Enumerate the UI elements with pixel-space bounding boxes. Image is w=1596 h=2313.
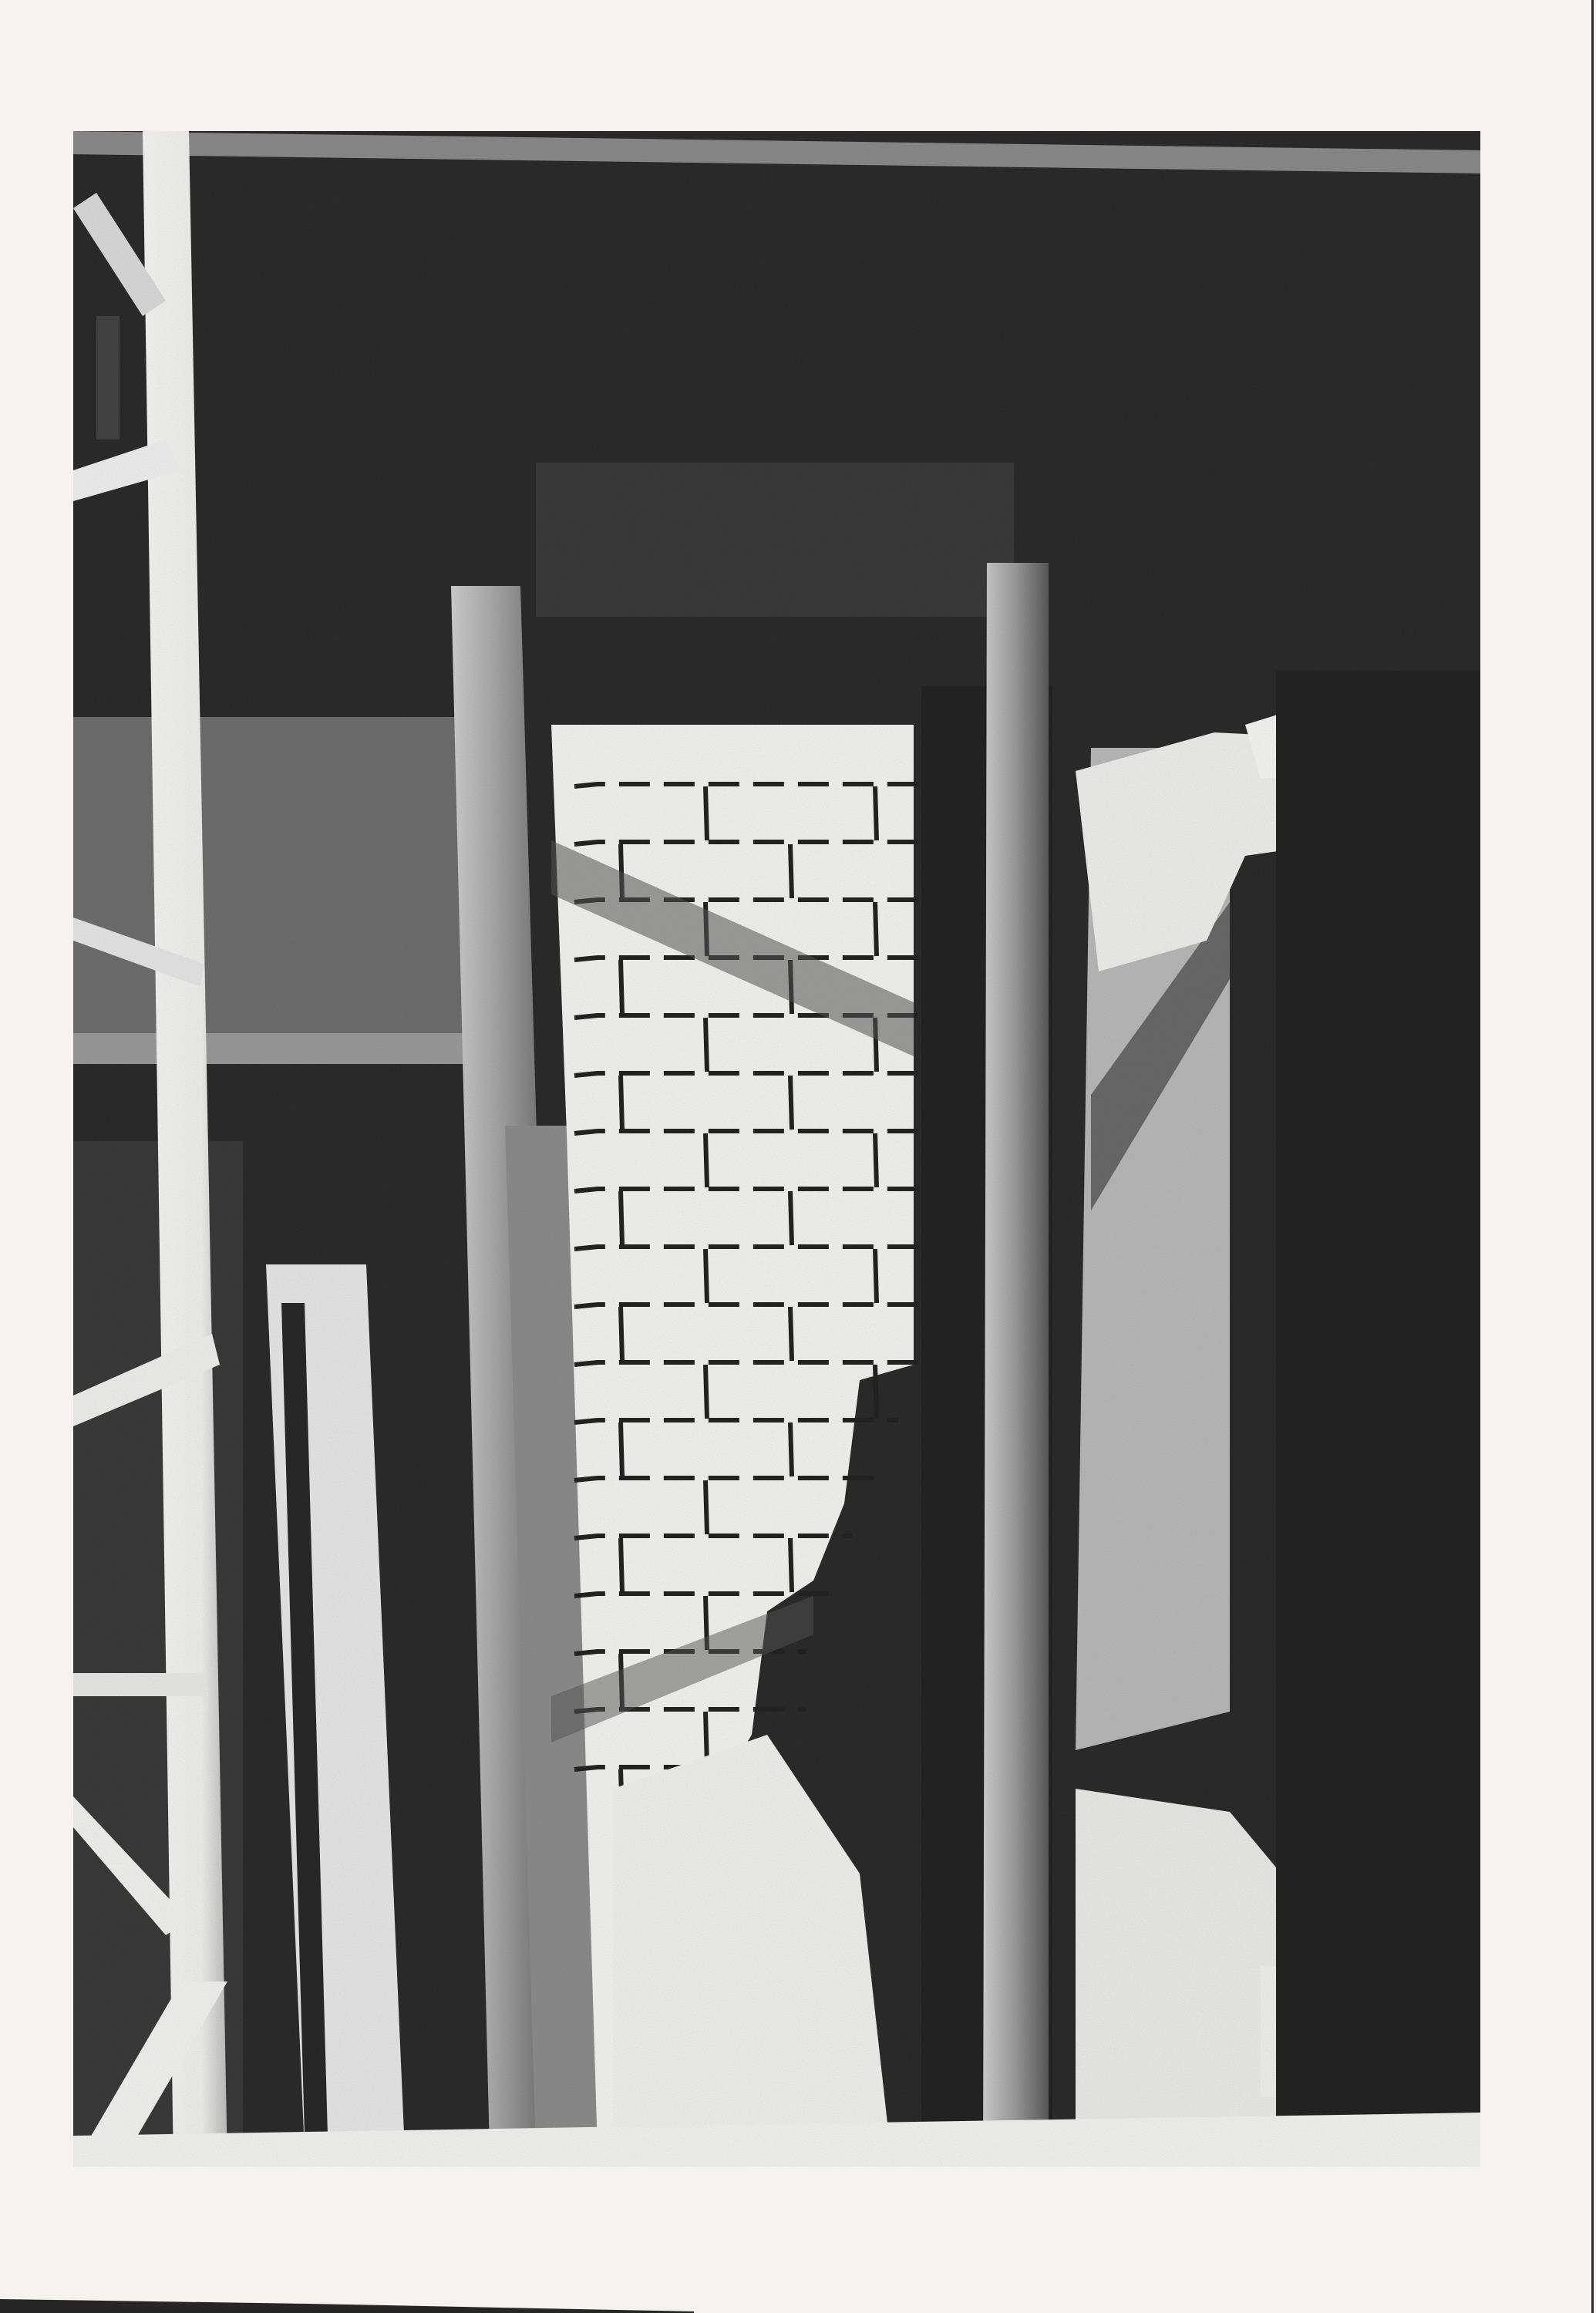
paper-edge-line: [1591, 0, 1594, 2313]
upper-brick-shadow: [536, 463, 1014, 617]
photograph: [73, 131, 1480, 2167]
paper-bottom-shadow: [0, 2298, 1596, 2313]
photo-scene: [73, 131, 1480, 2167]
left-timber-beam: [73, 717, 490, 1064]
right-scaffold-pole: [983, 563, 1049, 2167]
